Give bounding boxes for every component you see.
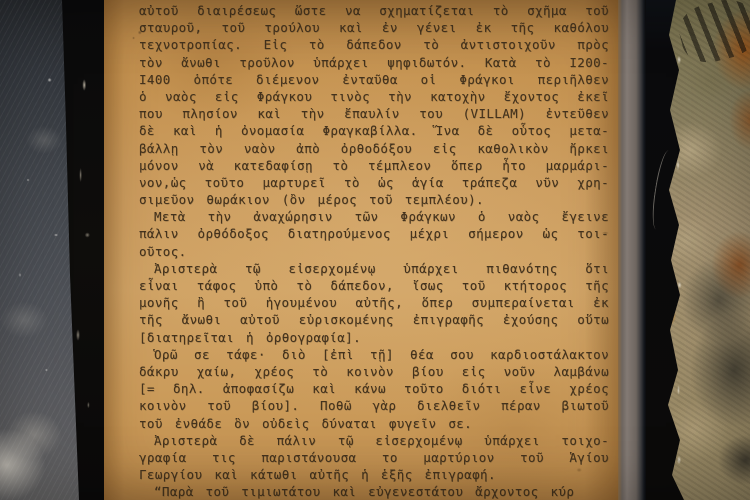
text-line: Γεωργίου καὶ κάτωθι αὐτῆς ἡ ἑξῆς ἐπιγραφ…: [139, 466, 609, 483]
text-line: “Παρὰ τοῦ τιμιωτάτου καὶ εὐγενεστάτου ἄρ…: [139, 483, 609, 500]
text-line: τοῦ ἐνθάδε ὃν οὐδεὶς δύναται φυγεῖν σε.: [139, 415, 609, 432]
text-line: Μετὰ τὴν ἀναχώρησιν τῶν Φράγκων ὁ ναὸς ἔ…: [139, 208, 609, 225]
text-line: τὸν ἄνωθι τροῦλον ὑπάρχει ψηφιδωτόν. Κατ…: [139, 54, 609, 71]
text-line: [διατηρεῖται ἡ ὀρθογραφία].: [139, 329, 609, 346]
text-line: Ἀριστερὰ δὲ πάλιν τῷ εἰσερχομένῳ ὑπάρχει…: [139, 432, 609, 449]
text-line: I400 ὁπότε διέμενον ἐνταῦθα οἱ Φράγκοι π…: [139, 71, 609, 88]
frame-bevel-right: [618, 0, 646, 500]
text-line: αὐτοῦ διαιρέσεως ὥστε να σχηματίζεται τὸ…: [139, 2, 609, 19]
document-paper: αὐτοῦ διαιρέσεως ὥστε να σχηματίζεται τὸ…: [98, 0, 621, 500]
text-line: εἶναι τάφος ὑπὸ τὸ δάπεδον, ἴσως τοῦ κτή…: [139, 277, 609, 294]
text-line: δάκρυ χαίω, χρέος τὸ κοινὸν βίου εἰς νοῦ…: [139, 363, 609, 380]
text-line: βάλλῃ τὸν ναὸν ἀπὸ ὀρθοδόξου εἰς καθολικ…: [139, 140, 609, 157]
text-line: νον,ὡς τοῦτο μαρτυρεῖ τὸ ὡς ἁγία τράπεζα…: [139, 174, 609, 191]
text-line: πάλιν ὀρθόδοξος διατηρούμενος μέχρι σήμε…: [139, 225, 609, 242]
text-line: γραφία τις παριστάνουσα το μαρτύριον τοῦ…: [139, 449, 609, 466]
text-line: Ἀριστερὰ τῷ εἰσερχομένῳ ὑπάρχει πιθανότη…: [139, 260, 609, 277]
text-line: δὲ καὶ ἡ ὀνομασία Φραγκαβίλλα. Ἵνα δὲ οὗ…: [139, 122, 609, 139]
text-line: ὁ ναὸς εἰς Φράγκου τινὸς τὴν κατοχὴν ἔχο…: [139, 88, 609, 105]
text-line: μόνον νὰ κατεδαφίσῃ τὸ τέμπλεον ὅπερ ἦτο…: [139, 157, 609, 174]
text-line: [= δηλ. ἀποφασίζω καὶ κάνω τοῦτο διότι ε…: [139, 380, 609, 397]
text-line: κοινὸν τοῦ βίου]. Ποθῶ γὰρ διελθεῖν πέρα…: [139, 397, 609, 414]
framed-document-photo: αὐτοῦ διαιρέσεως ὥστε να σχηματίζεται τὸ…: [0, 0, 750, 500]
charcoal-marks: [674, 0, 750, 68]
text-line: που πλησίον καὶ τὴν ἔπαυλίν του (VILLAM)…: [139, 105, 609, 122]
text-line: σταυροῦ, τοῦ τρούλου καὶ ἐν γένει ἐκ τῆς…: [139, 19, 609, 36]
typewritten-greek-text: αὐτοῦ διαιρέσεως ὥστε να σχηματίζεται τὸ…: [139, 2, 609, 500]
text-line: οῦτος.: [139, 243, 609, 260]
text-line: τεχνοτροπίας. Εἰς τὸ δάπεδον τὸ ἀντιστοι…: [139, 36, 609, 53]
text-line: σιμεῦον θωράκιον (ὂν μέρος τοῦ τεμπλέου)…: [139, 191, 609, 208]
text-line: Ὁρῶ σε τάφε· διὸ [ἐπὶ τῇ] θέα σου καρδιο…: [139, 346, 609, 363]
text-line: μονῆς ἢ τοῦ ἡγουμένου αὐτῆς, ὅπερ συμπερ…: [139, 294, 609, 311]
text-line: τῆς ἄνωθι αὐτοῦ εὑρισκομένης ἐπιγραφῆς ἐ…: [139, 311, 609, 328]
